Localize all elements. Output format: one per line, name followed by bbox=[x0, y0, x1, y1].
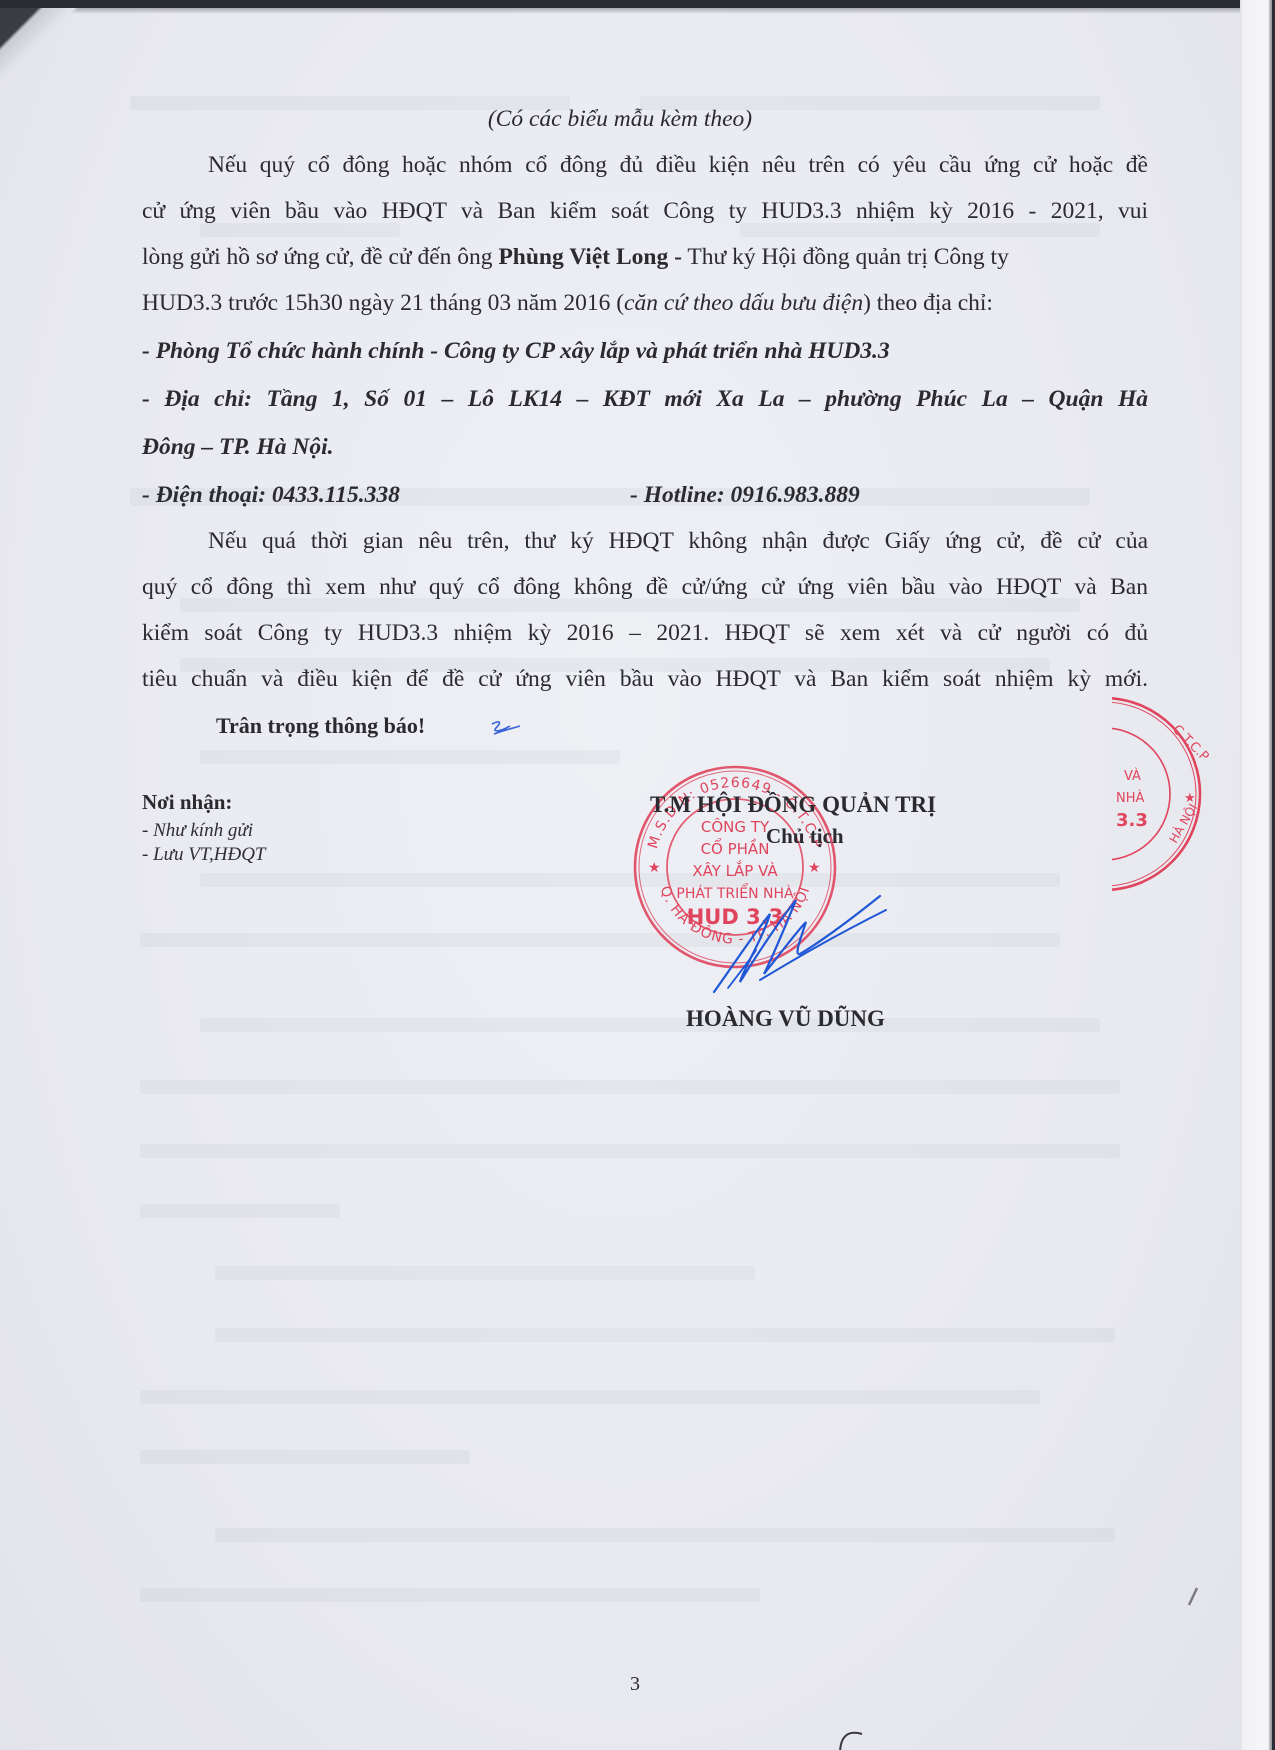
address-office: - Phòng Tổ chức hành chính - Công ty CP … bbox=[142, 338, 890, 365]
partial-seal-stamp: C.T.C.P ★ HÀ NỘI VÀ NHÀ 3.3 bbox=[1012, 694, 1212, 894]
page-number: 3 bbox=[630, 1673, 640, 1696]
address-line2: Đông – TP. Hà Nội. bbox=[142, 434, 334, 461]
scan-shadow bbox=[0, 8, 1240, 14]
phone-number: - Điện thoại: 0433.115.338 bbox=[142, 482, 400, 509]
attachment-note: (Có các biểu mẫu kèm theo) bbox=[0, 106, 1240, 133]
hotline-number: - Hotline: 0916.983.889 bbox=[630, 482, 860, 509]
signature-on-behalf: T.M HỘI ĐỒNG QUẢN TRỊ bbox=[650, 792, 936, 818]
folded-corner bbox=[0, 8, 80, 98]
stray-mark bbox=[1186, 1585, 1200, 1607]
recipient-item: - Như kính gửi bbox=[142, 820, 253, 842]
stray-mark bbox=[836, 1730, 866, 1750]
paragraph2-line4: tiêu chuẩn và điều kiện để đề cử ứng viê… bbox=[142, 666, 1148, 693]
scanner-edge bbox=[1240, 0, 1272, 1750]
paragraph1-line3: lòng gửi hồ sơ ứng cử, đề cử đến ông Phù… bbox=[142, 244, 1148, 271]
closing-greeting: Trân trọng thông báo! bbox=[216, 713, 425, 739]
paragraph1-line3-lead: lòng gửi hồ sơ ứng cử, đề cử đến ông Phù… bbox=[142, 244, 1009, 271]
paragraph2-line2: quý cổ đông thì xem như quý cổ đông khôn… bbox=[142, 574, 1148, 601]
paragraph1-line1: Nếu quý cổ đông hoặc nhóm cổ đông đủ điề… bbox=[208, 152, 1148, 179]
paragraph1-line2: cử ứng viên bầu vào HĐQT và Ban kiểm soá… bbox=[142, 198, 1148, 225]
paragraph2-line1: Nếu quá thời gian nêu trên, thư ký HĐQT … bbox=[208, 528, 1148, 555]
svg-text:C.T.C.P: C.T.C.P bbox=[1169, 722, 1211, 764]
paragraph1-line4: HUD3.3 trước 15h30 ngày 21 tháng 03 năm … bbox=[142, 290, 993, 317]
paragraph2-line3: kiểm soát Công ty HUD3.3 nhiệm kỳ 2016 –… bbox=[142, 620, 1148, 647]
signature-position: Chủ tịch bbox=[766, 824, 844, 849]
secretary-name: Phùng Việt Long - bbox=[498, 244, 681, 270]
recipients-title: Nơi nhận: bbox=[142, 790, 232, 815]
svg-text:VÀ: VÀ bbox=[1124, 768, 1141, 784]
svg-text:CÔNG TY: CÔNG TY bbox=[701, 817, 770, 836]
svg-text:3.3: 3.3 bbox=[1116, 810, 1148, 831]
svg-text:★: ★ bbox=[648, 860, 661, 876]
address-line1: - Địa chỉ: Tầng 1, Số 01 – Lô LK14 – KĐT… bbox=[142, 386, 1148, 413]
svg-text:CỔ PHẦN: CỔ PHẦN bbox=[701, 837, 770, 858]
recipient-item: - Lưu VT,HĐQT bbox=[142, 844, 266, 866]
initial-mark-icon bbox=[488, 718, 524, 740]
handwritten-signature bbox=[700, 870, 890, 1000]
postmark-note: căn cứ theo dấu bưu điện bbox=[624, 290, 863, 316]
svg-text:NHÀ: NHÀ bbox=[1116, 790, 1145, 806]
signer-name: HOÀNG VŨ DŨNG bbox=[686, 1006, 885, 1032]
document-page: (Có các biểu mẫu kèm theo) Nếu quý cổ đô… bbox=[0, 8, 1240, 1750]
